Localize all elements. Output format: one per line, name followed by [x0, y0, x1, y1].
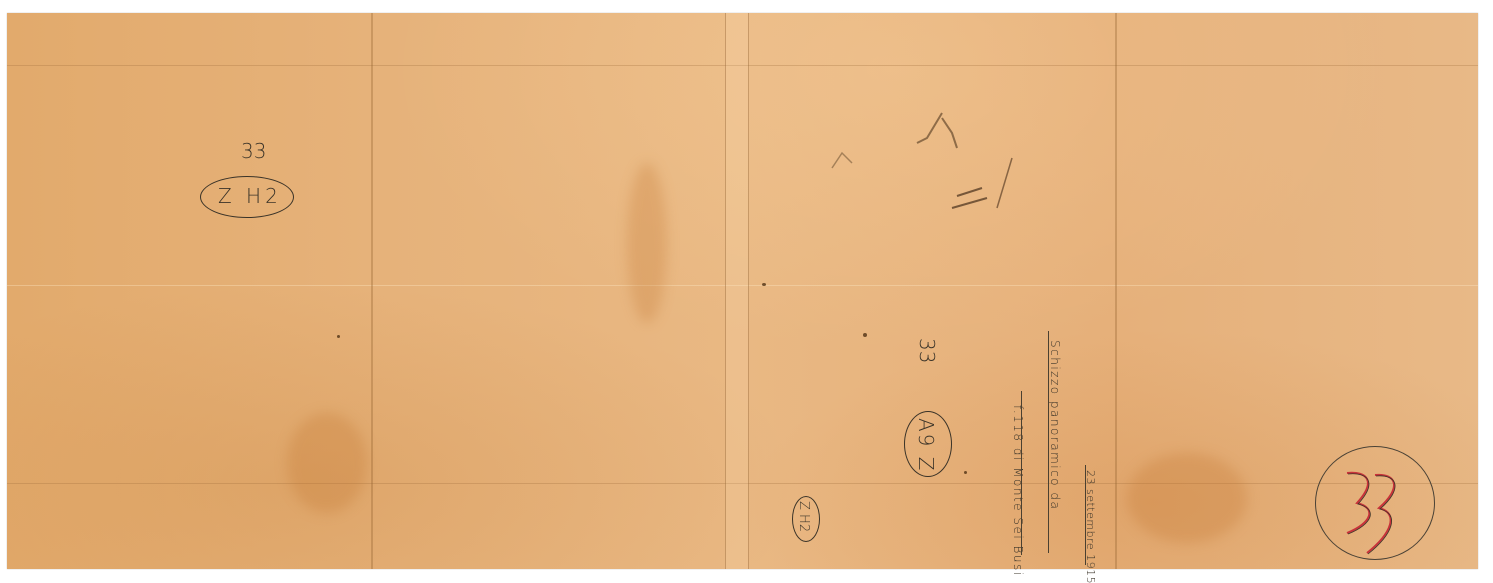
ink-spot [964, 471, 967, 474]
large-red-number-33 [1337, 463, 1427, 563]
stain [287, 413, 367, 513]
stain [627, 163, 667, 323]
faint-sketch-marks [807, 98, 1037, 228]
date-underline [1085, 465, 1086, 565]
ink-spot [863, 333, 867, 337]
fold-overlap [725, 13, 749, 569]
sketch-title-line-2: f.118 di Monte Sei Busi [1011, 405, 1025, 577]
page-number-annotation: 33 [241, 139, 266, 163]
fold-line-1 [371, 13, 373, 569]
ink-spot [762, 283, 766, 286]
stain [1127, 453, 1247, 543]
fold-line-3 [1115, 13, 1117, 569]
title-underline [1021, 391, 1022, 555]
document-sheet: 33 Z H2 33 A9 Z Z H2 Schizzo panoramico … [7, 13, 1478, 569]
sketch-title-line-1: Schizzo panoramico da [1048, 340, 1062, 510]
rotated-page-number: 33 [915, 338, 939, 363]
circled-code: Z H2 [218, 184, 282, 208]
title-underline [1048, 331, 1049, 553]
circled-code-rotated: A9 Z [914, 418, 938, 472]
small-circled-code: Z H2 [796, 501, 811, 532]
ink-spot [337, 335, 340, 338]
